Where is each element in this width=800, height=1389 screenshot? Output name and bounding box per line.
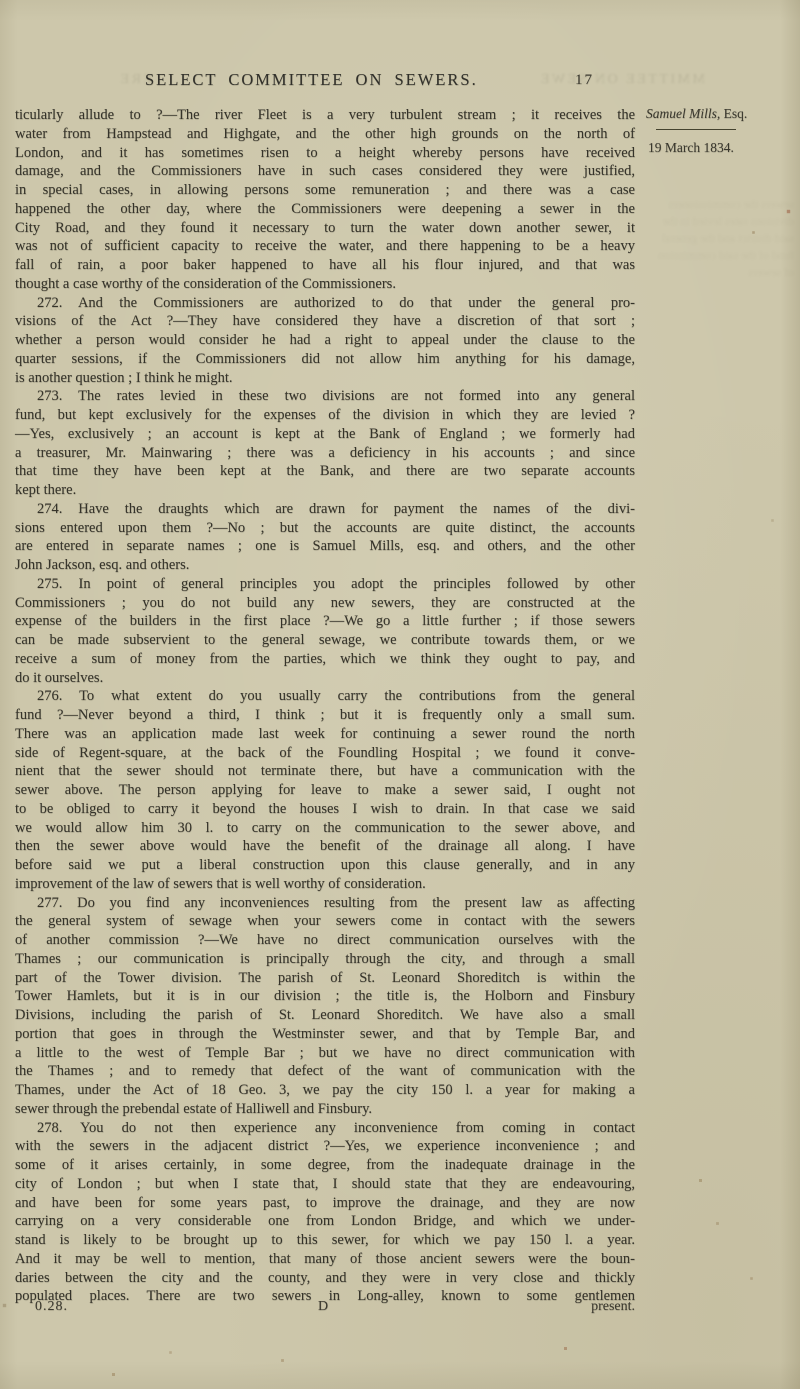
text-line: carrying on a very considerable one from…: [15, 1212, 635, 1231]
text-line: There was an application made last week …: [15, 725, 635, 744]
page-title: SELECT COMMITTEE ON SEWERS.: [145, 70, 478, 90]
text-line: happened the other day, where the Commis…: [15, 200, 635, 219]
margin-note: Samuel Mills, Esq. 19 March 1834.: [646, 106, 796, 156]
margin-note-rule: [656, 129, 736, 130]
text-line: 272. And the Commissioners are authorize…: [15, 294, 635, 313]
text-line: some of it arises certainly, in some deg…: [15, 1156, 635, 1175]
text-line: John Jackson, esq. and others.: [15, 556, 635, 575]
examination-date: 19 March 1834.: [648, 140, 796, 156]
testimony-paragraph: 273. The rates levied in these two divis…: [15, 387, 635, 500]
text-line: London, and it has sometimes risen to a …: [15, 144, 635, 163]
text-line: 275. In point of general principles you …: [15, 575, 635, 594]
text-line: Tower Hamlets, but it is in our division…: [15, 987, 635, 1006]
text-line: quarter sessions, if the Commissioners d…: [15, 350, 635, 369]
text-line: Divisions, including the parish of St. L…: [15, 1006, 635, 1025]
text-line: that time they have been kept at the Ban…: [15, 462, 635, 481]
text-line: —Yes, exclusively ; an account is kept a…: [15, 425, 635, 444]
witness-name: Samuel Mills,: [646, 106, 720, 121]
testimony-paragraph: 275. In point of general principles you …: [15, 575, 635, 688]
text-line: of another commission ?—We have no direc…: [15, 931, 635, 950]
witness-name-line: Samuel Mills, Esq.: [646, 106, 796, 122]
text-line: thought a case worthy of the considerati…: [15, 275, 635, 294]
text-line: 278. You do not then experience any inco…: [15, 1119, 635, 1138]
text-line: is another question ; I think he might.: [15, 369, 635, 388]
document-page: ERE MMITTEE ON SEWE sewers the commissio…: [0, 0, 800, 1389]
text-line: improvement of the law of sewers that is…: [15, 875, 635, 894]
text-line: portion that goes in through the Westmin…: [15, 1025, 635, 1044]
text-line: receive a sum of money from the parties,…: [15, 650, 635, 669]
text-line: 274. Have the draughts which are drawn f…: [15, 500, 635, 519]
text-line: 276. To what extent do you usually carry…: [15, 687, 635, 706]
text-line: a treasurer, Mr. Mainwaring ; there was …: [15, 444, 635, 463]
text-line: expense of the builders in the first pla…: [15, 612, 635, 631]
testimony-paragraph: ticularly allude to ?—The river Fleet is…: [15, 106, 635, 294]
text-line: kept there.: [15, 481, 635, 500]
text-line: whether a person would consider he had a…: [15, 331, 635, 350]
testimony-paragraph: 272. And the Commissioners are authorize…: [15, 294, 635, 388]
printer-signature-mark: D: [318, 1299, 329, 1315]
text-line: fund ?—Never beyond a third, I think ; b…: [15, 706, 635, 725]
text-line: 273. The rates levied in these two divis…: [15, 387, 635, 406]
text-line: the Thames ; and to remedy that defect o…: [15, 1062, 635, 1081]
catchword: present.: [591, 1299, 635, 1315]
testimony-paragraph: 276. To what extent do you usually carry…: [15, 687, 635, 893]
text-line: side of Regent-square, at the back of th…: [15, 744, 635, 763]
page-number: 17: [575, 72, 594, 89]
text-line: was not of sufficient capacity to receiv…: [15, 237, 635, 256]
text-line: in special cases, in allowing persons so…: [15, 181, 635, 200]
text-line: we would allow him 30 l. to carry on the…: [15, 819, 635, 838]
text-line: ticularly allude to ?—The river Fleet is…: [15, 106, 635, 125]
text-line: Thames ; our communication is principall…: [15, 950, 635, 969]
testimony-text: ticularly allude to ?—The river Fleet is…: [15, 106, 635, 1306]
text-line: with the sewers in the adjacent district…: [15, 1137, 635, 1156]
text-line: sions entered upon them ?—No ; but the a…: [15, 519, 635, 538]
text-line: the general system of sewage when your s…: [15, 912, 635, 931]
show-through-text: sewers the commissioners divisions rates…: [648, 196, 794, 281]
text-line: damage, and the Commissioners have in su…: [15, 162, 635, 181]
text-line: part of the Tower division. The parish o…: [15, 969, 635, 988]
text-line: then the sewer above would have the bene…: [15, 837, 635, 856]
text-line: daries between the city and the county, …: [15, 1269, 635, 1288]
text-line: a little to the west of Temple Bar ; but…: [15, 1044, 635, 1063]
text-line: City Road, and they found it necessary t…: [15, 219, 635, 238]
text-line: nient that the sewer should not terminat…: [15, 762, 635, 781]
text-line: before said we put a liberal constructio…: [15, 856, 635, 875]
text-line: and have been for some years past, to im…: [15, 1194, 635, 1213]
text-line: are entered in separate names ; one is S…: [15, 537, 635, 556]
paper-specks: [0, 0, 1, 1]
testimony-paragraph: 278. You do not then experience any inco…: [15, 1119, 635, 1307]
text-line: sewer through the prebendal estate of Ha…: [15, 1100, 635, 1119]
testimony-paragraph: 277. Do you find any inconveniences resu…: [15, 894, 635, 1119]
text-line: Commissioners ; you do not build any new…: [15, 594, 635, 613]
text-line: fund, but kept exclusively for the expen…: [15, 406, 635, 425]
witness-title: Esq.: [724, 106, 748, 121]
text-line: can be made subservient to the general s…: [15, 631, 635, 650]
text-line: And it may be well to mention, that many…: [15, 1250, 635, 1269]
text-line: 277. Do you find any inconveniences resu…: [15, 894, 635, 913]
text-line: fall of rain, a poor baker happened to h…: [15, 256, 635, 275]
text-line: do it ourselves.: [15, 669, 635, 688]
testimony-paragraph: 274. Have the draughts which are drawn f…: [15, 500, 635, 575]
text-line: to be obliged to carry it beyond the hou…: [15, 800, 635, 819]
text-line: stand is likely to be brought up to this…: [15, 1231, 635, 1250]
text-line: city of London ; but when I state that, …: [15, 1175, 635, 1194]
text-line: sewer above. The person applying for lea…: [15, 781, 635, 800]
text-line: Thames, under the Act of 18 Geo. 3, we p…: [15, 1081, 635, 1100]
text-line: visions of the Act ?—They have considere…: [15, 312, 635, 331]
text-line: water from Hampstead and Highgate, and t…: [15, 125, 635, 144]
paper-number: 0.28.: [35, 1299, 68, 1315]
